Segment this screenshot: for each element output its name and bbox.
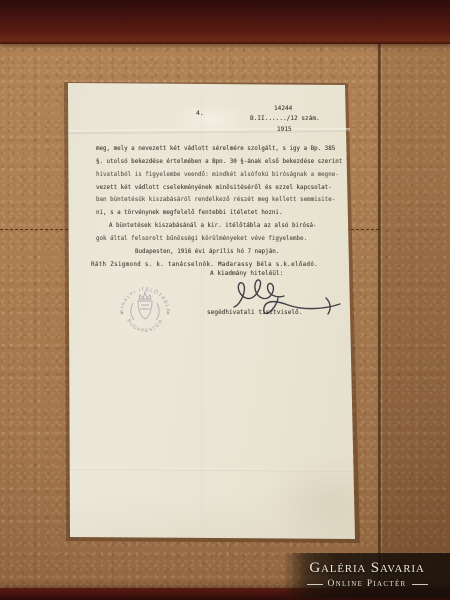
body-line: meg, mely a nevezett két vádlott sérelmé… [96, 143, 354, 156]
reference-number: 14244 [250, 104, 320, 114]
reference-file-line: B.II....../12 szám. [250, 114, 320, 124]
leather-right-panel [382, 44, 450, 588]
body-line: ni, s a törvénynek megfelelő fentebbi it… [96, 207, 354, 220]
date-line: Budapesten, 1916 évi április hó 7 napján… [96, 246, 354, 259]
svg-text:BUDAPESTEN: BUDAPESTEN [126, 318, 163, 333]
photo-of-document: 4. 14244 B.II....../12 szám. 1915 meg, m… [0, 0, 450, 600]
body-line: ban büntetésük kiszabásáról rendelkező r… [96, 194, 354, 207]
watermark-right-dash [412, 584, 428, 585]
stamp-bottom-text: BUDAPESTEN [126, 318, 163, 333]
watermark-subtitle-row: Online Piactér [291, 579, 443, 589]
reference-year: 1915 [250, 125, 320, 135]
body-line: §. utolsó bekezdése értelmében a Bpn. 30… [96, 156, 354, 169]
leather-vertical-seam [377, 44, 381, 588]
body-line: vezett két vádlott cselekményének minősi… [96, 182, 354, 195]
reference-block: 14244 B.II....../12 szám. 1915 [250, 104, 320, 135]
official-round-stamp-icon: KIRÁLYI ITÉLŐTÁBLA BUDAPESTEN [112, 279, 178, 345]
sofa-backrest-edge [0, 0, 450, 44]
watermark-left-dash [307, 584, 323, 585]
watermark-panel: Galéria Savaria Online Piactér [283, 553, 450, 598]
watermark-subtitle: Online Piactér [328, 579, 407, 589]
body-line: gok által felsorolt bűnösségi körülménye… [96, 233, 354, 246]
body-line: hivatalból is figyelembe veendő: mindkét… [96, 169, 354, 182]
watermark-title: Galéria Savaria [291, 560, 443, 577]
handwritten-signature-icon [228, 274, 353, 322]
body-text: meg, mely a nevezett két vádlott sérelmé… [96, 143, 354, 271]
page-number: 4. [196, 109, 204, 117]
body-line: A büntetések kiszabásánál a kir. itélőtá… [96, 220, 354, 233]
